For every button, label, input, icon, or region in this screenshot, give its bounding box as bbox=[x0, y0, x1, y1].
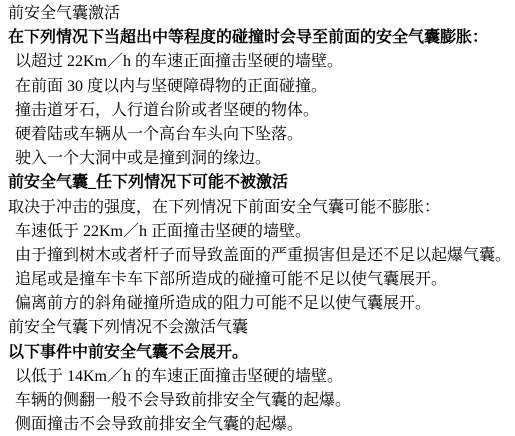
list-item: 车辆的侧翻一般不会导致前排安全气囊的起爆。 bbox=[8, 389, 515, 413]
list-item: 撞击道牙石，人行道台阶或者坚硬的物体。 bbox=[8, 99, 515, 123]
list-item: 追尾或是撞车卡车下部所造成的碰撞可能不足以使气囊展开。 bbox=[8, 268, 515, 292]
section-heading: 在下列情况下当超出中等程度的碰撞时会导至前面的安全气囊膨胀： bbox=[8, 26, 515, 50]
list-item: 车速低于 22Km／h 正面撞击坚硬的墙壁。 bbox=[8, 220, 515, 244]
list-item: 以超过 22Km／h 的车速正面撞击坚硬的墙壁。 bbox=[8, 50, 515, 74]
list-item: 由于撞到树木或者杆子而导致盖面的严重损害但是还不足以起爆气囊。 bbox=[8, 244, 515, 268]
section-heading: 以下事件中前安全气囊不会展开。 bbox=[8, 341, 515, 365]
section-intro: 取决于冲击的强度，在下列情况下前面安全气囊可能不膨胀： bbox=[8, 196, 515, 220]
list-item: 在前面 30 度以内与坚硬障碍物的正面碰撞。 bbox=[8, 75, 515, 99]
section-heading: 前安全气囊_任下列情况下可能不被激活 bbox=[8, 171, 515, 195]
section-label: 前安全气囊激活 bbox=[8, 2, 515, 26]
section-label: 前安全气囊下列情况不会激活气囊 bbox=[8, 316, 515, 340]
list-item: 硬着陆或车辆从一个高台车头向下坠落。 bbox=[8, 123, 515, 147]
airbag-document: 前安全气囊激活 在下列情况下当超出中等程度的碰撞时会导至前面的安全气囊膨胀： 以… bbox=[0, 0, 515, 436]
list-item: 侧面撞击不会导致前排安全气囊的起爆。 bbox=[8, 413, 515, 436]
list-item: 以低于 14Km／h 的车速正面撞击坚硬的墙壁。 bbox=[8, 365, 515, 389]
list-item: 偏离前方的斜角碰撞所造成的阻力可能不足以使气囊展开。 bbox=[8, 292, 515, 316]
list-item: 驶入一个大洞中或是撞到洞的缘边。 bbox=[8, 147, 515, 171]
